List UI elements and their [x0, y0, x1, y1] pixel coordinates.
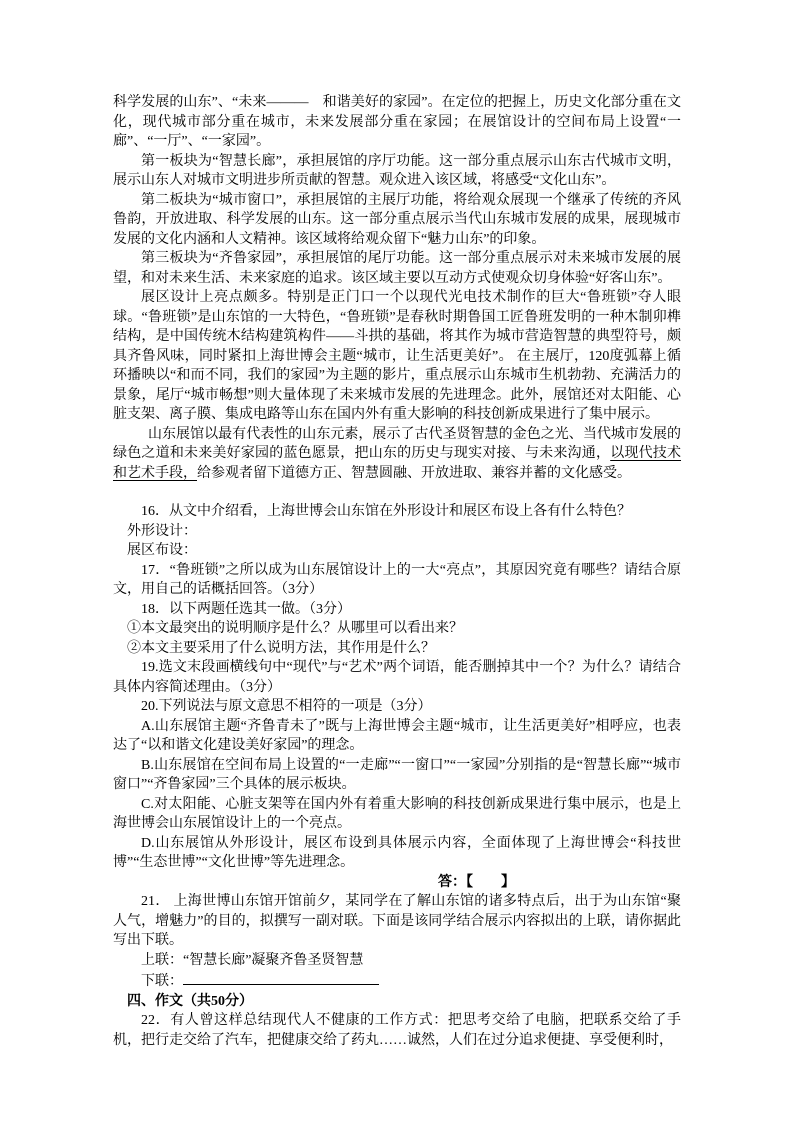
- paragraph-6-text-after: 给参观者留下道德方正、智慧圆融、开放进取、兼容并蓄的文化感受。: [197, 466, 631, 481]
- lower-couplet-label: 下联：: [141, 974, 183, 989]
- passage-paragraph-6: 山东展馆以最有代表性的山东元素，展示了古代圣贤智慧的金色之光、当代城市发展的绿色…: [113, 425, 681, 484]
- question-18-item-1: ①本文最突出的说明顺序是什么？从哪里可以看出来？: [113, 619, 681, 639]
- passage-paragraph-5: 展区设计上亮点颇多。特别是正门口一个以现代光电技术制作的巨大“鲁班锁”夺人眼球。…: [113, 288, 681, 425]
- question-18-item-2: ②本文主要采用了什么说明方法，其作用是什么？: [113, 639, 681, 659]
- question-16-exterior-design-line: 外形设计：: [113, 522, 681, 542]
- section-four-heading: 四、作文（共50分）: [113, 992, 681, 1012]
- passage-paragraph-2: 第一板块为“智慧长廊”，承担展馆的序厅功能。这一部分重点展示山东古代城市文明，展…: [113, 152, 681, 191]
- question-22: 22．有人曾这样总结现代人不健康的工作方式：把思考交给了电脑，把联系交给了手机，…: [113, 1011, 681, 1050]
- question-19: 19.选文末段画横线句中“现代”与“艺术”两个词语，能否删掉其中一个？为什么？请…: [113, 658, 681, 697]
- question-18: 18．以下两题任选其一做。（3分）: [113, 600, 681, 620]
- question-21-upper-couplet: 上联：“智慧长廊”凝聚齐鲁圣贤智慧: [113, 951, 681, 971]
- document-page: 科学发展的山东”、“未来——— 和谐美好的家园”。在定位的把握上，历史文化部分重…: [0, 0, 794, 1123]
- question-20: 20.下列说法与原文意思不相符的一项是（3分）: [113, 697, 681, 717]
- question-20-option-d: D.山东展馆从外形设计，展区布设到具体展示内容，全面体现了上海世博会“科技世博”…: [113, 834, 681, 873]
- question-20-answer-brackets: 答：【 】: [113, 873, 681, 893]
- paragraph-6-text-before: 山东展馆以最有代表性的山东元素，展示了古代圣贤智慧的金色之光、当代城市发展的绿色…: [113, 427, 681, 462]
- passage-paragraph-3: 第二板块为“城市窗口”，承担展馆的主展厅功能，将给观众展现一个继承了传统的齐风鲁…: [113, 191, 681, 250]
- passage-paragraph-1: 科学发展的山东”、“未来——— 和谐美好的家园”。在定位的把握上，历史文化部分重…: [113, 93, 681, 152]
- question-21-lower-couplet-row: 下联：: [113, 970, 681, 992]
- questions-section: 16．从文中介绍看，上海世博会山东馆在外形设计和展区布设上各有什么特色？ 外形设…: [113, 502, 681, 1050]
- question-16-exhibit-layout-line: 展区布设：: [113, 541, 681, 561]
- question-21: 21． 上海世博山东馆开馆前夕，某同学在了解山东馆的诸多特点后，出于为山东馆“聚…: [113, 892, 681, 951]
- passage-paragraph-4: 第三板块为“齐鲁家园”，承担展馆的尾厅功能。这一部分重点展示对未来城市发展的展望…: [113, 249, 681, 288]
- question-20-option-a: A.山东展馆主题“齐鲁青未了”既与上海世博会主题“城市，让生活更美好”相呼应，也…: [113, 717, 681, 756]
- question-17: 17．“鲁班锁”之所以成为山东展馆设计上的一大“亮点”，其原因究竟有哪些？请结合…: [113, 561, 681, 600]
- answer-blank-underline: [183, 970, 379, 985]
- question-20-option-c: C.对太阳能、心脏支架等在国内外有着重大影响的科技创新成果进行集中展示，也是上海…: [113, 795, 681, 834]
- question-16: 16．从文中介绍看，上海世博会山东馆在外形设计和展区布设上各有什么特色？: [113, 502, 681, 522]
- question-20-option-b: B.山东展馆在空间布局上设置的“一走廊”“一窗口”“一家园”分别指的是“智慧长廊…: [113, 756, 681, 795]
